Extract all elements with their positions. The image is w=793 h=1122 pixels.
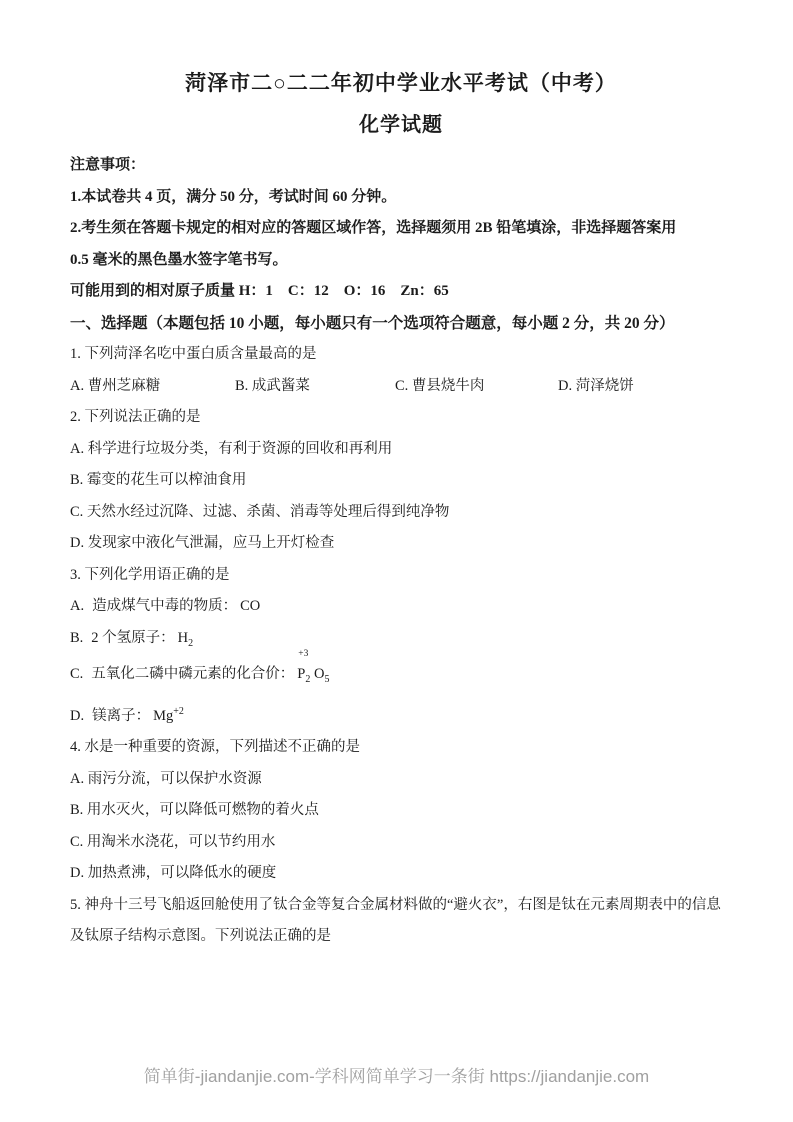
question-4-text: 4. 水是一种重要的资源，下列描述不正确的是	[70, 732, 732, 764]
question-2-option-b: B. 霉变的花生可以榨油食用	[70, 465, 732, 497]
question-1-option-a: A. 曹州芝麻糖	[70, 371, 235, 403]
exam-paper-page: 菏泽市二○二二年初中学业水平考试（中考） 化学试题 注意事项： 1.本试卷共 4…	[0, 0, 793, 1122]
notice-item-2-line-2: 0.5 毫米的黑色墨水签字笔书写。	[70, 245, 732, 277]
option-text: 造成煤气中毒的物质：	[92, 598, 237, 614]
question-2-option-d: D. 发现家中液化气泄漏，应马上开灯检查	[70, 528, 732, 560]
option-letter: B.	[70, 630, 83, 646]
exam-title: 菏泽市二○二二年初中学业水平考试（中考）	[70, 70, 732, 96]
question-4: 4. 水是一种重要的资源，下列描述不正确的是 A. 雨污分流，可以保护水资源 B…	[70, 732, 732, 890]
notice-header: 注意事项：	[70, 150, 732, 182]
chem-formula-mg-ion: Mg+2	[153, 708, 184, 724]
question-2-option-a: A. 科学进行垃圾分类，有利于资源的回收和再利用	[70, 434, 732, 466]
question-3: 3. 下列化学用语正确的是 A.造成煤气中毒的物质：CO B.2 个氢原子：H2…	[70, 560, 732, 733]
exam-content: 菏泽市二○二二年初中学业水平考试（中考） 化学试题 注意事项： 1.本试卷共 4…	[70, 70, 732, 953]
chem-formula-p2o5: +3P2 O5	[297, 666, 329, 682]
question-3-option-d: D.镁离子：Mg+2	[70, 696, 732, 733]
option-text: 2 个氢原子：	[91, 630, 174, 646]
question-4-option-b: B. 用水灭火，可以降低可燃物的着火点	[70, 795, 732, 827]
notice-item-1: 1.本试卷共 4 页，满分 50 分，考试时间 60 分钟。	[70, 182, 732, 214]
question-1-text: 1. 下列菏泽名吃中蛋白质含量最高的是	[70, 339, 732, 371]
section-1-header: 一、选择题（本题包括 10 小题，每小题只有一个选项符合题意，每小题 2 分，共…	[70, 308, 732, 340]
question-3-option-b: B.2 个氢原子：H2	[70, 623, 732, 660]
option-letter: D.	[70, 708, 84, 724]
question-5-text-line-1: 5. 神舟十三号飞船返回舱使用了钛合金等复合金属材料做的“避火衣”，右图是钛在元…	[70, 890, 732, 922]
question-1: 1. 下列菏泽名吃中蛋白质含量最高的是 A. 曹州芝麻糖 B. 成武酱菜 C. …	[70, 339, 732, 402]
question-1-options: A. 曹州芝麻糖 B. 成武酱菜 C. 曹县烧牛肉 D. 菏泽烧饼	[70, 371, 732, 403]
question-3-option-a: A.造成煤气中毒的物质：CO	[70, 591, 732, 623]
atomic-mass-line: 可能用到的相对原子质量 H：1 C：12 O：16 Zn：65	[70, 276, 732, 308]
question-4-option-c: C. 用淘米水浇花，可以节约用水	[70, 827, 732, 859]
valence-label: +3	[298, 650, 308, 659]
option-text: 五氧化二磷中磷元素的化合价：	[91, 666, 294, 682]
question-1-option-c: C. 曹县烧牛肉	[395, 371, 558, 403]
question-3-option-c: C.五氧化二磷中磷元素的化合价：+3P2 O5	[70, 659, 732, 696]
exam-subtitle: 化学试题	[70, 112, 732, 138]
question-1-option-b: B. 成武酱菜	[235, 371, 395, 403]
question-5-text-line-2: 及钛原子结构示意图。下列说法正确的是	[70, 921, 732, 953]
question-2-text: 2. 下列说法正确的是	[70, 402, 732, 434]
option-letter: C.	[70, 666, 83, 682]
chem-formula-co: CO	[240, 598, 260, 614]
question-1-option-d: D. 菏泽烧饼	[558, 371, 732, 403]
option-letter: A.	[70, 598, 84, 614]
question-4-option-d: D. 加热煮沸，可以降低水的硬度	[70, 858, 732, 890]
question-3-text: 3. 下列化学用语正确的是	[70, 560, 732, 592]
question-4-option-a: A. 雨污分流，可以保护水资源	[70, 764, 732, 796]
watermark-footer: 简单街-jiandanjie.com-学科网简单学习一条街 https://ji…	[0, 1062, 793, 1087]
chem-formula-h2: H2	[178, 630, 193, 646]
notice-item-2-line-1: 2.考生须在答题卡规定的相对应的答题区域作答，选择题须用 2B 铅笔填涂，非选择…	[70, 213, 732, 245]
question-5: 5. 神舟十三号飞船返回舱使用了钛合金等复合金属材料做的“避火衣”，右图是钛在元…	[70, 890, 732, 953]
question-2: 2. 下列说法正确的是 A. 科学进行垃圾分类，有利于资源的回收和再利用 B. …	[70, 402, 732, 560]
option-text: 镁离子：	[92, 708, 150, 724]
question-2-option-c: C. 天然水经过沉降、过滤、杀菌、消毒等处理后得到纯净物	[70, 497, 732, 529]
